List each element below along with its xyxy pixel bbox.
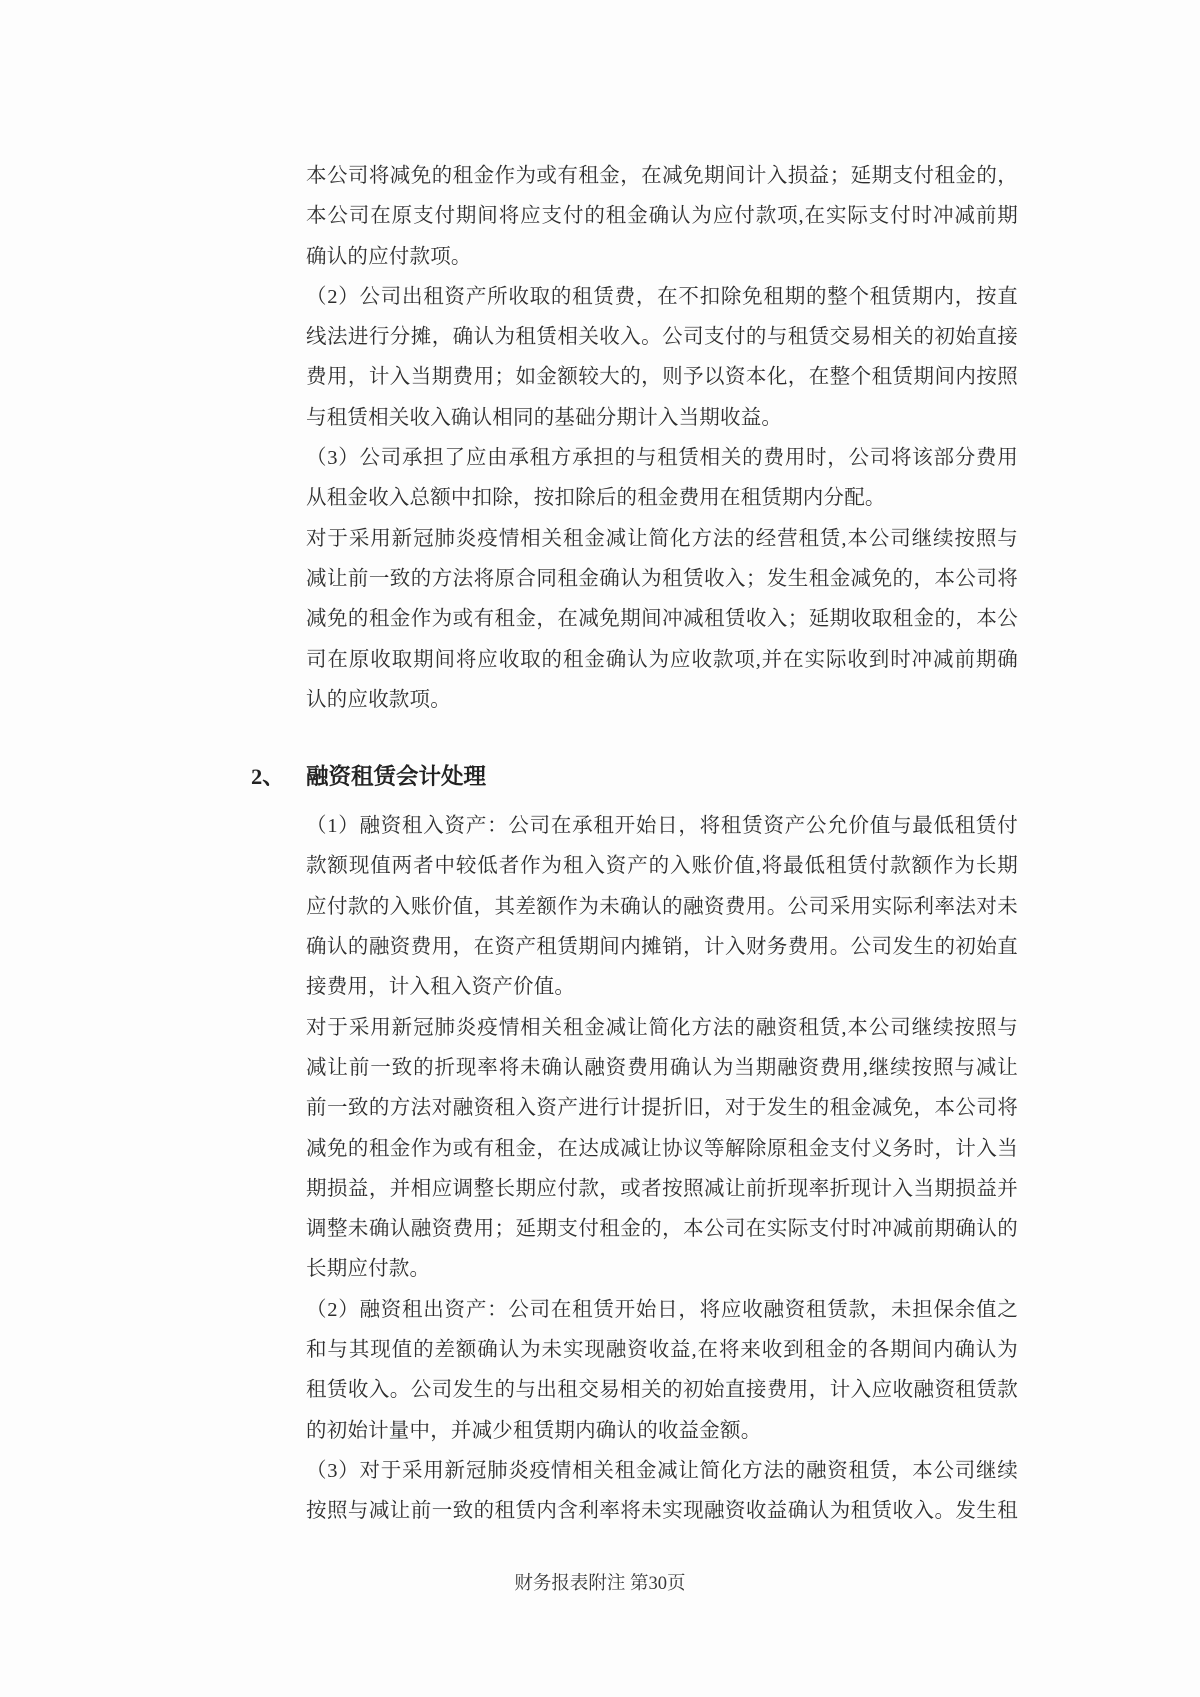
- text-line: 减让前一致的折现率将未确认融资费用确认为当期融资费用,继续按照与减让: [306, 1048, 1018, 1088]
- text-line: 期损益，并相应调整长期应付款，或者按照减让前折现率折现计入当期损益并: [306, 1169, 1018, 1209]
- text-line: 接费用，计入租入资产价值。: [306, 967, 1018, 1007]
- text-line: 司在原收取期间将应收取的租金确认为应收款项,并在实际收到时冲减前期确: [306, 640, 1018, 680]
- text-line: 线法进行分摊，确认为租赁相关收入。公司支付的与租赁交易相关的初始直接: [306, 317, 1018, 357]
- text-line: （3）对于采用新冠肺炎疫情相关租金减让简化方法的融资租赁，本公司继续: [306, 1451, 1018, 1491]
- text-line: 本公司在原支付期间将应支付的租金确认为应付款项,在实际支付时冲减前期: [306, 196, 1018, 236]
- text-line: 租赁收入。公司发生的与出租交易相关的初始直接费用，计入应收融资租赁款: [306, 1370, 1018, 1410]
- section-finance-lease: （1）融资租入资产：公司在承租开始日，将租赁资产公允价值与最低租赁付款额现值两者…: [306, 806, 1018, 1531]
- text-line: 与租赁相关收入确认相同的基础分期计入当期收益。: [306, 398, 1018, 438]
- text-line: 从租金收入总额中扣除，按扣除后的租金费用在租赁期内分配。: [306, 478, 1018, 518]
- document-page: 本公司将减免的租金作为或有租金，在减免期间计入损益；延期支付租金的，本公司在原支…: [0, 0, 1200, 1697]
- section-heading: 2、 融资租赁会计处理: [306, 757, 1018, 797]
- text-line: 对于采用新冠肺炎疫情相关租金减让简化方法的经营租赁,本公司继续按照与: [306, 519, 1018, 559]
- text-line: 的初始计量中，并减少租赁期内确认的收益金额。: [306, 1411, 1018, 1451]
- text-line: 减免的租金作为或有租金，在达成减让协议等解除原租金支付义务时，计入当: [306, 1129, 1018, 1169]
- text-line: 长期应付款。: [306, 1249, 1018, 1289]
- text-line: 前一致的方法对融资租入资产进行计提折旧，对于发生的租金减免，本公司将: [306, 1088, 1018, 1128]
- text-line: 减免的租金作为或有租金，在减免期间冲减租赁收入；延期收取租金的，本公: [306, 599, 1018, 639]
- heading-number: 2、: [251, 757, 285, 797]
- text-line: （2）公司出租资产所收取的租赁费，在不扣除免租期的整个租赁期内，按直: [306, 277, 1018, 317]
- section-operating-lease: 本公司将减免的租金作为或有租金，在减免期间计入损益；延期支付租金的，本公司在原支…: [306, 156, 1018, 720]
- text-line: （3）公司承担了应由承租方承担的与租赁相关的费用时，公司将该部分费用: [306, 438, 1018, 478]
- text-line: 按照与减让前一致的租赁内含利率将未实现融资收益确认为租赁收入。发生租: [306, 1491, 1018, 1531]
- text-column: 本公司将减免的租金作为或有租金，在减免期间计入损益；延期支付租金的，本公司在原支…: [306, 156, 1018, 1531]
- text-line: 减让前一致的方法将原合同租金确认为租赁收入；发生租金减免的，本公司将: [306, 559, 1018, 599]
- text-line: （2）融资租出资产：公司在租赁开始日，将应收融资租赁款，未担保余值之: [306, 1290, 1018, 1330]
- heading-title: 融资租赁会计处理: [306, 764, 486, 789]
- text-line: （1）融资租入资产：公司在承租开始日，将租赁资产公允价值与最低租赁付: [306, 806, 1018, 846]
- text-line: 调整未确认融资费用；延期支付租金的，本公司在实际支付时冲减前期确认的: [306, 1209, 1018, 1249]
- page-footer: 财务报表附注 第30页: [0, 1570, 1200, 1598]
- text-line: 应付款的入账价值，其差额作为未确认的融资费用。公司采用实际利率法对未: [306, 887, 1018, 927]
- text-line: 确认的融资费用，在资产租赁期间内摊销，计入财务费用。公司发生的初始直: [306, 927, 1018, 967]
- text-line: 确认的应付款项。: [306, 237, 1018, 277]
- text-line: 和与其现值的差额确认为未实现融资收益,在将来收到租金的各期间内确认为: [306, 1330, 1018, 1370]
- text-line: 款额现值两者中较低者作为租入资产的入账价值,将最低租赁付款额作为长期: [306, 846, 1018, 886]
- text-line: 认的应收款项。: [306, 680, 1018, 720]
- text-line: 对于采用新冠肺炎疫情相关租金减让简化方法的融资租赁,本公司继续按照与: [306, 1008, 1018, 1048]
- text-line: 本公司将减免的租金作为或有租金，在减免期间计入损益；延期支付租金的，: [306, 156, 1018, 196]
- text-line: 费用，计入当期费用；如金额较大的，则予以资本化，在整个租赁期间内按照: [306, 357, 1018, 397]
